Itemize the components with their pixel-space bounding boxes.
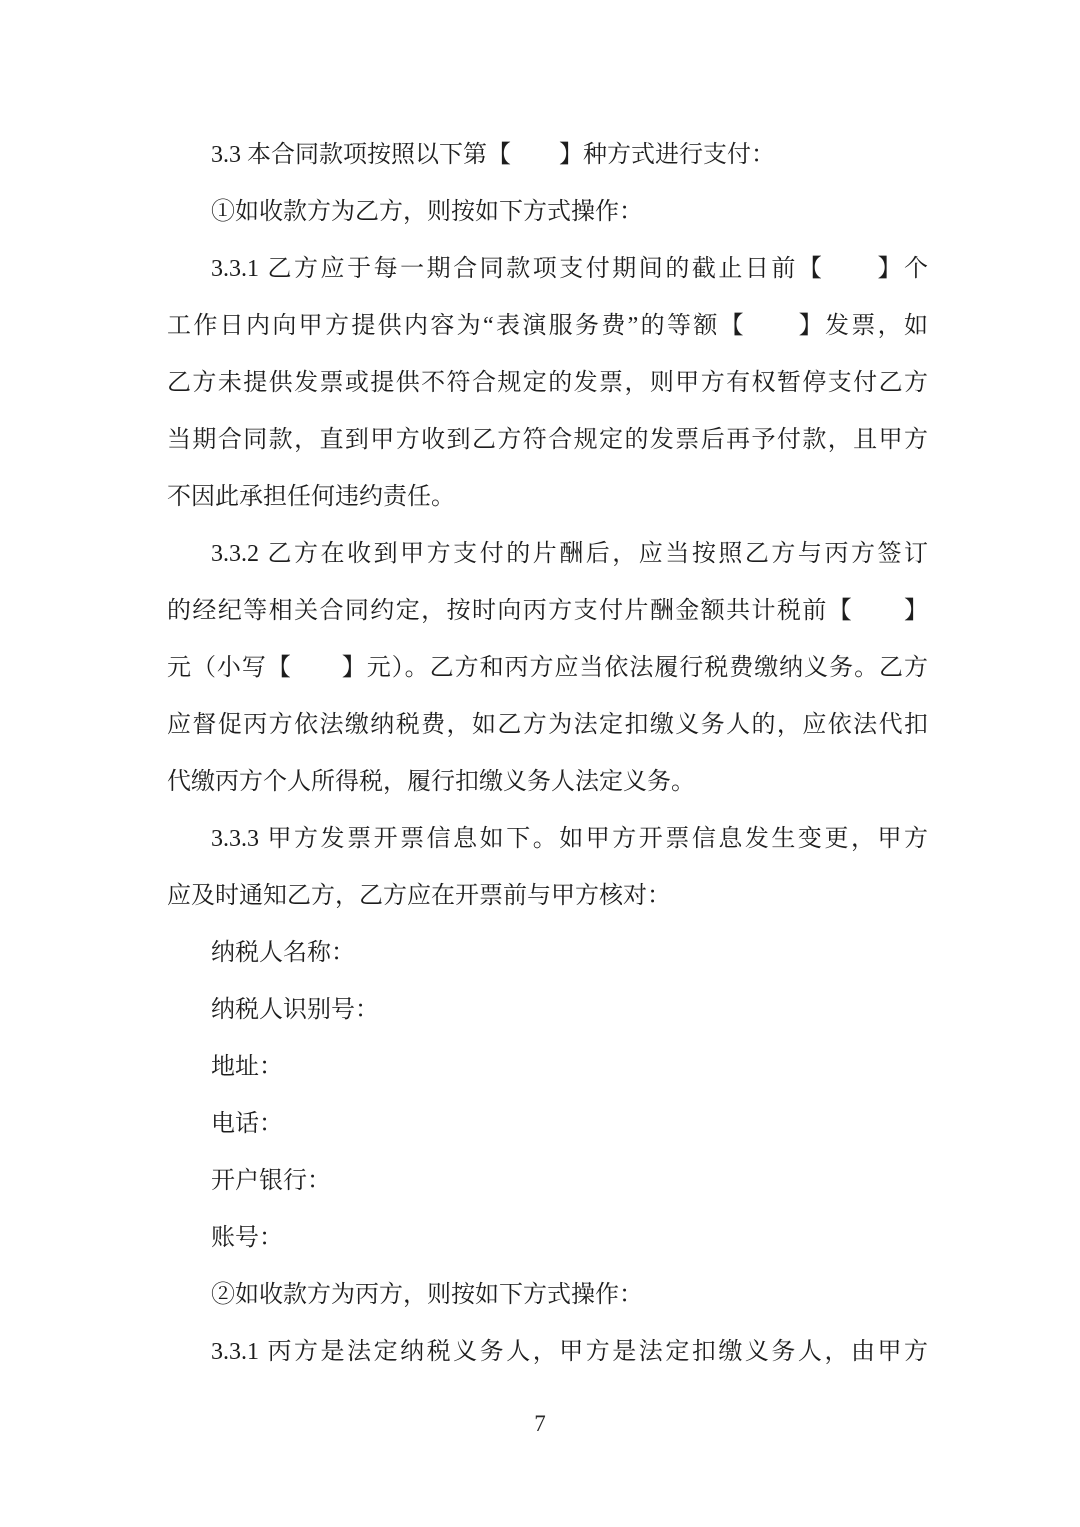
text-line: 应督促丙方依法缴纳税费，如乙方为法定扣缴义务人的，应依法代扣 bbox=[167, 697, 928, 754]
text-line: 纳税人识别号： bbox=[167, 982, 928, 1039]
text-line: 3.3.2 乙方在收到甲方支付的片酬后，应当按照乙方与丙方签订 bbox=[167, 526, 928, 583]
text-line: 当期合同款，直到甲方收到乙方符合规定的发票后再予付款，且甲方 bbox=[167, 412, 928, 469]
text-line: 3.3 本合同款项按照以下第【 】种方式进行支付： bbox=[167, 127, 928, 184]
text-line: 3.3.1 乙方应于每一期合同款项支付期间的截止日前【 】个 bbox=[167, 241, 928, 298]
page-number: 7 bbox=[0, 1404, 1080, 1444]
text-line: 3.3.1 丙方是法定纳税义务人，甲方是法定扣缴义务人，由甲方 bbox=[167, 1324, 928, 1381]
text-line: 元（小写【 】元）。乙方和丙方应当依法履行税费缴纳义务。乙方 bbox=[167, 640, 928, 697]
text-line: 代缴丙方个人所得税，履行扣缴义务人法定义务。 bbox=[167, 754, 928, 811]
text-line: 应及时通知乙方，乙方应在开票前与甲方核对： bbox=[167, 868, 928, 925]
text-line: ②如收款方为丙方，则按如下方式操作： bbox=[167, 1267, 928, 1324]
text-line: 电话： bbox=[167, 1096, 928, 1153]
text-line: 纳税人名称： bbox=[167, 925, 928, 982]
text-line: ①如收款方为乙方，则按如下方式操作： bbox=[167, 184, 928, 241]
text-line: 3.3.3 甲方发票开票信息如下。如甲方开票信息发生变更，甲方 bbox=[167, 811, 928, 868]
document-body: 3.3 本合同款项按照以下第【 】种方式进行支付：①如收款方为乙方，则按如下方式… bbox=[167, 127, 928, 1381]
text-line: 乙方未提供发票或提供不符合规定的发票，则甲方有权暂停支付乙方 bbox=[167, 355, 928, 412]
contract-document-page: 3.3 本合同款项按照以下第【 】种方式进行支付：①如收款方为乙方，则按如下方式… bbox=[0, 0, 1080, 1527]
text-line: 的经纪等相关合同约定，按时向丙方支付片酬金额共计税前【 】 bbox=[167, 583, 928, 640]
text-line: 开户银行： bbox=[167, 1153, 928, 1210]
text-line: 不因此承担任何违约责任。 bbox=[167, 469, 928, 526]
text-line: 账号： bbox=[167, 1210, 928, 1267]
text-line: 地址： bbox=[167, 1039, 928, 1096]
text-line: 工作日内向甲方提供内容为“表演服务费”的等额【 】发票，如 bbox=[167, 298, 928, 355]
